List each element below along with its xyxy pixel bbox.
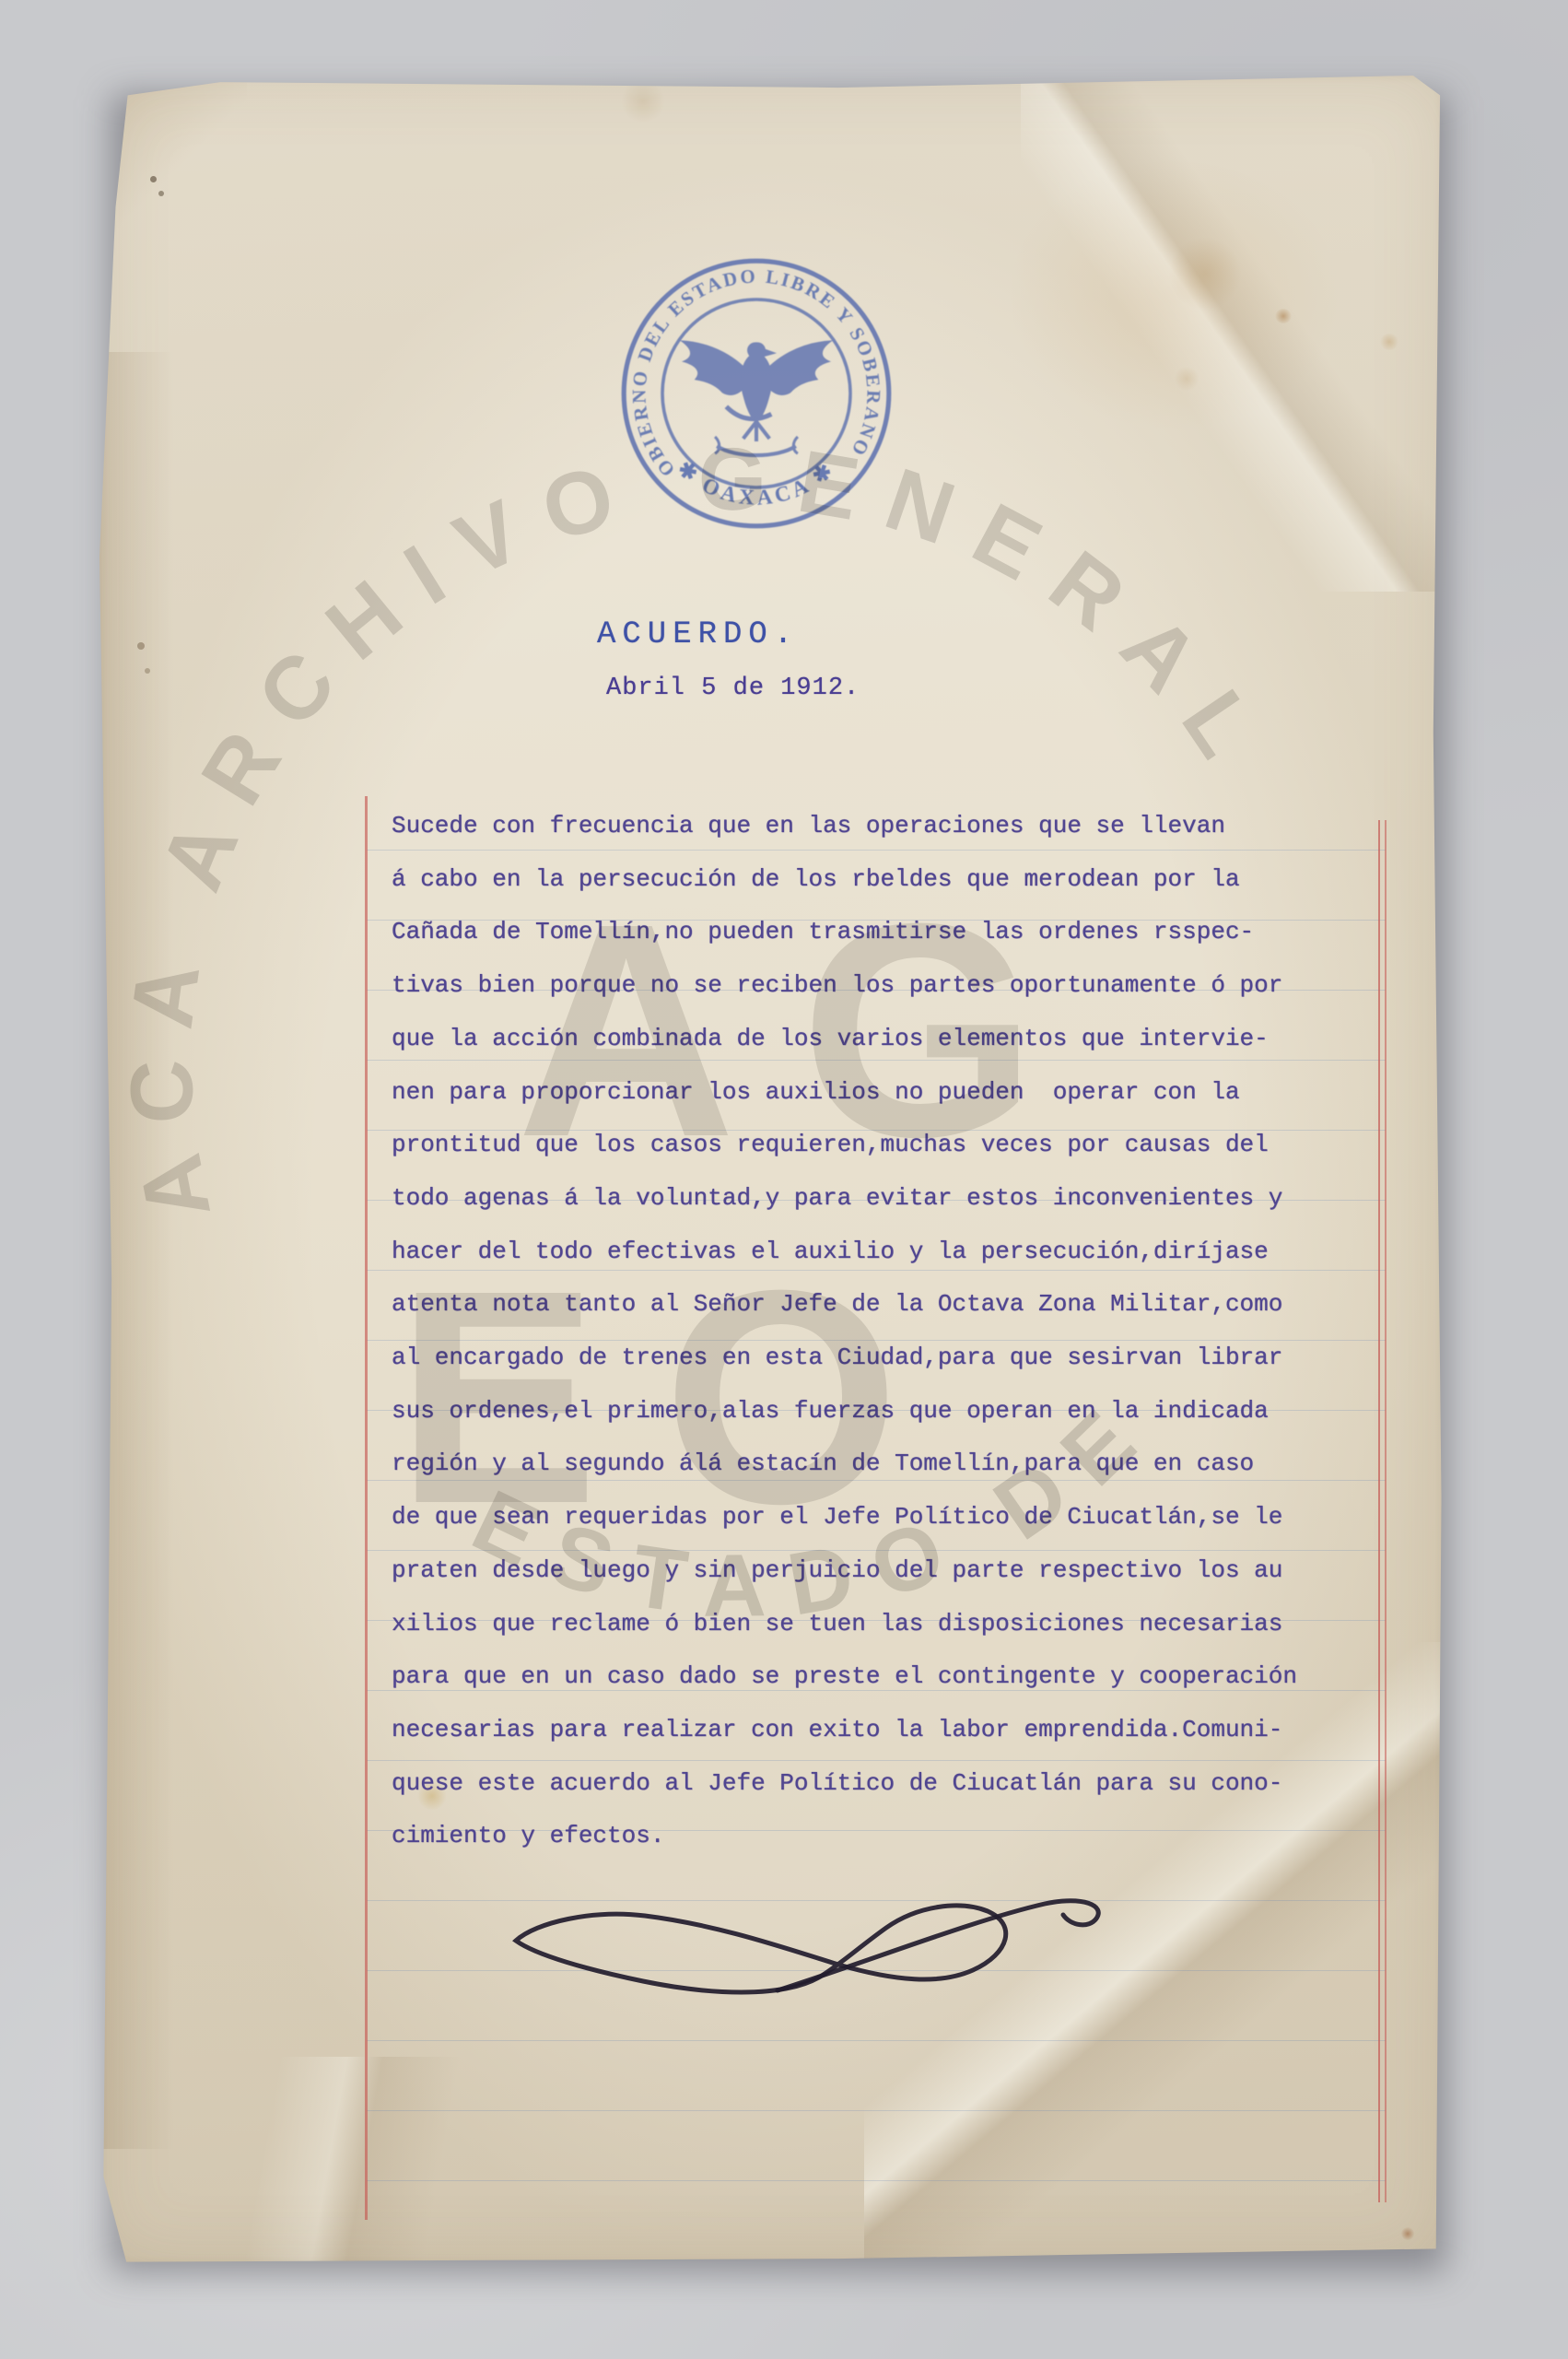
pin-hole [137, 642, 145, 650]
typed-line: quese este acuerdo al Jefe Político de C… [392, 1757, 1396, 1811]
government-seal-stamp: GOBIERNO DEL ESTADO LIBRE Y SOBERANO DE … [615, 252, 897, 534]
signature-flourish [505, 1872, 1113, 2011]
typed-line: de que sean requeridas por el Jefe Polít… [392, 1491, 1396, 1544]
typed-line: cimiento y efectos. [392, 1810, 1396, 1863]
stain-top [619, 81, 667, 122]
stain-blob [1168, 237, 1242, 311]
typed-line: Cañada de Tomellín,no pueden trasmitirse… [392, 906, 1396, 959]
ruled-line [367, 2040, 1386, 2041]
typed-line: región y al segundo álá estacín de Tomel… [392, 1438, 1396, 1491]
typed-line: hacer del todo efectivas el auxilio y la… [392, 1226, 1396, 1279]
crease-bottom-left [99, 2057, 579, 2264]
typed-line: atenta nota tanto al Señor Jefe de la Oc… [392, 1278, 1396, 1332]
typed-line: prontitud que los casos requieren,muchas… [392, 1119, 1396, 1172]
typed-line: sus ordenes,el primero,alas fuerzas que … [392, 1385, 1396, 1438]
typed-line: á cabo en la persecución de los rbeldes … [392, 853, 1396, 907]
typed-line: al encargado de trenes en esta Ciudad,pa… [392, 1332, 1396, 1385]
typed-line: xilios que reclame ó bien se tuen las di… [392, 1598, 1396, 1651]
stain-spot [1275, 309, 1292, 323]
document-paper: GOBIERNO DEL ESTADO LIBRE Y SOBERANO DE … [99, 76, 1443, 2264]
document-date: Abril 5 de 1912. [606, 675, 860, 702]
pin-hole [150, 176, 157, 182]
left-edge-shading [99, 352, 187, 2149]
typed-body: Sucede con frecuencia que en las operaci… [392, 800, 1396, 1863]
typed-line: necesarias para realizar con exito la la… [392, 1704, 1396, 1757]
left-margin-rule [365, 796, 368, 2220]
photo-background: GOBIERNO DEL ESTADO LIBRE Y SOBERANO DE … [0, 0, 1568, 2359]
ruled-line [367, 2180, 1386, 2181]
typed-line: todo agenas á la voluntad,y para evitar … [392, 1172, 1396, 1226]
eagle-emblem-icon [681, 341, 831, 455]
stain-spot [1380, 334, 1398, 350]
typed-line: tivas bien porque no se reciben los part… [392, 959, 1396, 1013]
typed-line: que la acción combinada de los varios el… [392, 1013, 1396, 1066]
stain-blob [1174, 367, 1199, 391]
typed-line: praten desde luego y sin perjuicio del p… [392, 1544, 1396, 1598]
ruled-line [367, 2110, 1386, 2111]
crease-top-right [1021, 76, 1443, 592]
pin-hole [158, 191, 164, 196]
typed-line: Sucede con frecuencia que en las operaci… [392, 800, 1396, 853]
pin-hole [145, 668, 150, 674]
rust-spot [1401, 2227, 1414, 2240]
typed-line: para que en un caso dado se preste el co… [392, 1650, 1396, 1704]
document-title: ACUERDO. [597, 617, 1030, 652]
typed-line: nen para proporcionar los auxilios no pu… [392, 1066, 1396, 1120]
